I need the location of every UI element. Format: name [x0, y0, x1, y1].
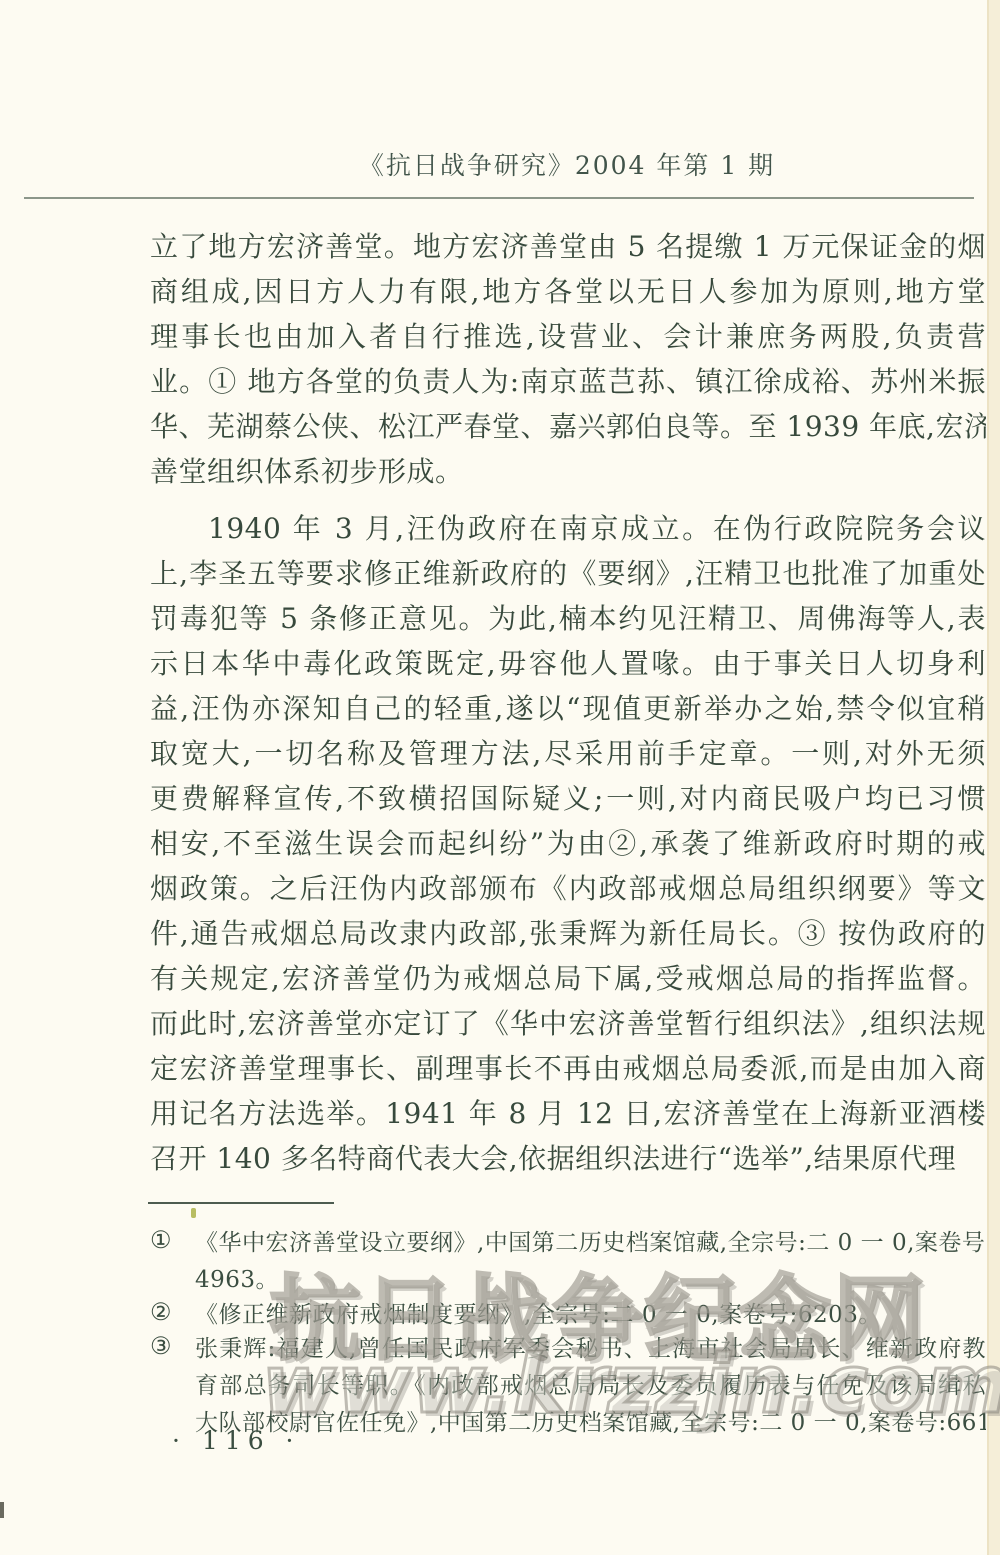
- scan-edge-strip: [989, 0, 1000, 1555]
- body-text-line: 有关规定,宏济善堂仍为戒烟总局下属,受戒烟总局的指挥监督。: [150, 956, 986, 1001]
- body-text-line: 相安,不至滋生误会而起纠纷”为由②,承袭了维新政府时期的戒: [150, 821, 986, 866]
- body-text-line: 1940 年 3 月,汪伪政府在南京成立。在伪行政院院务会议: [150, 506, 986, 551]
- paragraph-1: 立了地方宏济善堂。地方宏济善堂由 5 名提缴 1 万元保证金的烟 商组成,因日方…: [150, 224, 986, 494]
- footnote-separator: [148, 1202, 334, 1204]
- body-text-line: 罚毒犯等 5 条修正意见。为此,楠本约见汪精卫、周佛海等人,表: [150, 596, 986, 641]
- footnote-marker: ③: [150, 1332, 172, 1360]
- body-text-line: 定宏济善堂理事长、副理事长不再由戒烟总局委派,而是由加入商: [150, 1046, 986, 1091]
- body-text-line: 件,通告戒烟总局改隶内政部,张秉辉为新任局长。③ 按伪政府的: [150, 911, 986, 956]
- page-number: · 116 ·: [172, 1426, 301, 1455]
- journal-header: 《抗日战争研究》2004 年第 1 期: [148, 150, 986, 182]
- body-text-line: 华、芜湖蔡公侠、松江严春堂、嘉兴郭伯良等。至 1939 年底,宏济: [150, 404, 986, 449]
- body-text-line: 烟政策。之后汪伪内政部颁布《内政部戒烟总局组织纲要》等文: [150, 866, 986, 911]
- body-text-line: 益,汪伪亦深知自己的轻重,遂以“现值更新举办之始,禁令似宜稍: [150, 686, 986, 731]
- footnote-text-line: 育部总务司长等职。《内政部戒烟总局局长及委员履历表与任免及该局缉私: [195, 1368, 986, 1405]
- body-text-line: 理事长也由加入者自行推选,设营业、会计兼庶务两股,负责营: [150, 314, 986, 359]
- body-text-line: 商组成,因日方人力有限,地方各堂以无日人参加为原则,地方堂: [150, 269, 986, 314]
- body-text-line: 用记名方法选举。1941 年 8 月 12 日,宏济善堂在上海新亚酒楼: [150, 1091, 986, 1136]
- footnote-marker: ①: [150, 1226, 172, 1254]
- body-text-line: 善堂组织体系初步形成。: [150, 449, 986, 494]
- body-text-line: 召开 140 多名特商代表大会,依据组织法进行“选举”,结果原代理: [150, 1136, 986, 1181]
- header-rule: [24, 197, 974, 199]
- body-text-line: 取宽大,一切名称及管理方法,尽采用前手定章。一则,对外无须: [150, 731, 986, 776]
- footnote-text-line: 张秉辉:福建人,曾任国民政府军委会秘书、上海市社会局局长、维新政府教: [195, 1331, 986, 1368]
- body-text-line: 立了地方宏济善堂。地方宏济善堂由 5 名提缴 1 万元保证金的烟: [150, 224, 986, 269]
- footnote-marker: ②: [150, 1298, 172, 1326]
- footnote-text-line: 《修正维新政府戒烟制度要纲》,全宗号:二 0 一 0,案卷号:6203。: [195, 1297, 986, 1334]
- footnote-item: ① 《华中宏济善堂设立要纲》,中国第二历史档案馆藏,全宗号:二 0 一 0,案卷…: [150, 1225, 986, 1299]
- body-text-line: 示日本华中毒化政策既定,毋容他人置喙。由于事关日人切身利: [150, 641, 986, 686]
- scan-speck: [0, 1502, 4, 1518]
- footnote-text-line: 大队部校尉官佐任免》,中国第二历史档案馆藏,全宗号:二 0 一 0,案卷号:66…: [195, 1405, 986, 1442]
- footnote-text-line: 《华中宏济善堂设立要纲》,中国第二历史档案馆藏,全宗号:二 0 一 0,案卷号:: [195, 1225, 986, 1262]
- scan-edge-line: [987, 0, 989, 1555]
- body-text-line: 上,李圣五等要求修正维新政府的《要纲》,汪精卫也批准了加重处: [150, 551, 986, 596]
- paragraph-2: 1940 年 3 月,汪伪政府在南京成立。在伪行政院院务会议 上,李圣五等要求修…: [150, 506, 986, 1181]
- body-text-line: 业。① 地方各堂的负责人为:南京蓝芑荪、镇江徐成裕、苏州米振: [150, 359, 986, 404]
- scan-speck: [191, 1208, 196, 1218]
- footnote-item: ② 《修正维新政府戒烟制度要纲》,全宗号:二 0 一 0,案卷号:6203。: [150, 1297, 986, 1334]
- body-text-line: 更费解释宣传,不致横招国际疑义;一则,对内商民吸户均已习惯: [150, 776, 986, 821]
- footnote-text-line: 4963。: [195, 1262, 986, 1299]
- scanned-journal-page: 《抗日战争研究》2004 年第 1 期 立了地方宏济善堂。地方宏济善堂由 5 名…: [0, 0, 1000, 1555]
- body-text-line: 而此时,宏济善堂亦定订了《华中宏济善堂暂行组织法》,组织法规: [150, 1001, 986, 1046]
